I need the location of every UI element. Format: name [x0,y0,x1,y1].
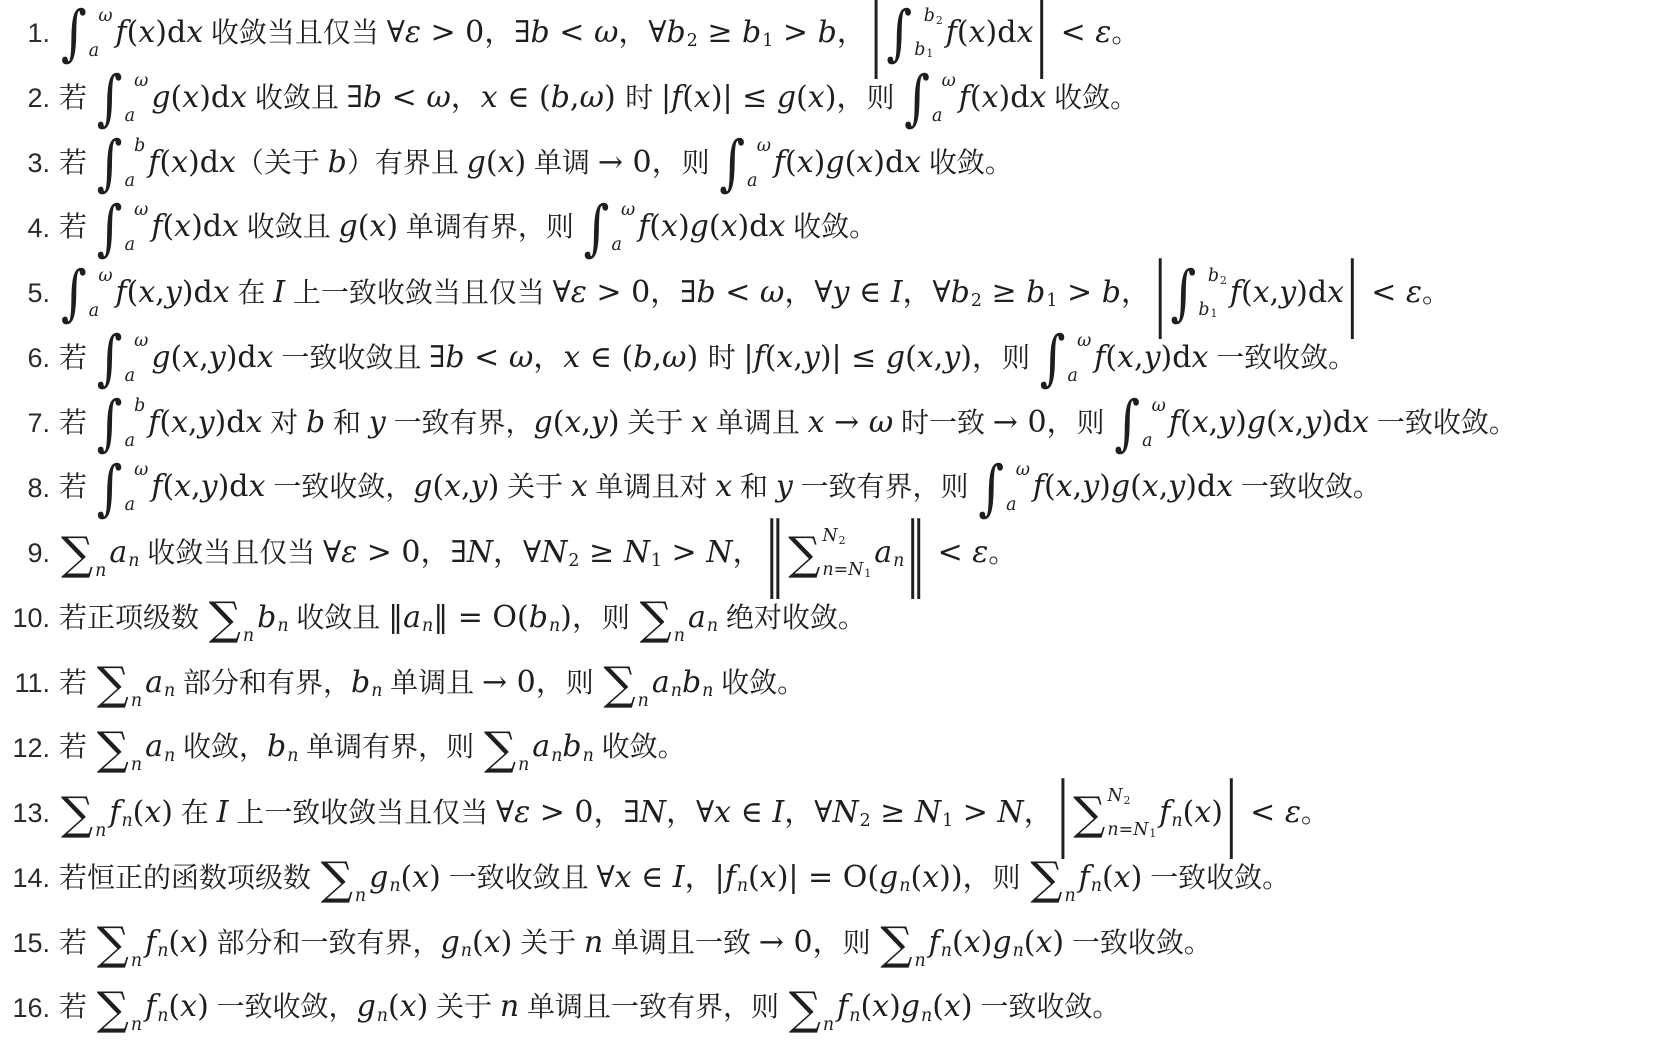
text-run: 若恒正的函数项级数 [59,862,319,893]
math-run: x [1029,80,1046,115]
math-run: f(x) [946,15,997,50]
math-run: f(x)g(x) [774,145,885,180]
text-run: 单调有界，则 [298,732,482,763]
math-run: → 0， [993,405,1077,440]
math-run: ‖ = [433,600,492,635]
subscript: n [702,681,713,701]
subscript: 2 [860,811,871,831]
roman-symbol: d [203,210,222,245]
math-run: < ε [1362,275,1422,310]
roman-symbol: d [200,145,219,180]
text-run: 则 [993,862,1029,893]
math-run: N [832,795,858,830]
math-run: N [541,535,567,570]
list-item-15: 15.若 ∑nfn(x) 部分和一致有界，gn(x) 关于 n 单调且一致 → … [0,911,1662,976]
math-run: ω [134,331,148,351]
math-run: ‖ [388,600,403,635]
subscript: n [287,746,298,766]
math-run: n [549,616,560,636]
text-run: 单调有界，则 [398,212,582,243]
text-run: 若正项级数 [59,602,207,633]
subscript: 2 [1220,274,1227,287]
math-run: y [776,470,793,505]
text-run: 在 [173,797,217,828]
subscript: 2 [687,31,698,51]
math-run: ∀ε > 0，∃N，∀ [323,535,541,570]
math-run: I [273,275,285,310]
math-run: ∃b < ω，x ∈ (b,ω) [429,340,708,375]
math-run: x [768,210,785,245]
math-run: (x) [168,925,208,960]
item-number: 5. [0,278,50,309]
math-run: x [571,470,588,505]
math-run: f(x,y) [1230,275,1308,310]
math-run: ≥ [579,535,623,570]
subscript: 2 [971,291,982,311]
math-run: n [277,616,288,636]
text-run: 收敛且 [247,82,347,113]
sigma-sign: ∑ [1030,856,1062,901]
subscript: 1 [864,567,871,580]
abs-delimiters: |∫b2b1f(x)dx| [868,8,1050,60]
math-run: > b， [773,15,866,50]
math-run: ∀x ∈ I， [596,860,714,895]
math-run: ∀ε > 0，∃b < ω，∀y ∈ I，∀ [553,275,951,310]
sigma-sign: ∑ [321,856,353,901]
math-run: f [837,990,848,1025]
text-run: 上一致收敛当且仅当 [285,277,553,308]
summation: ∑n [61,788,106,840]
math-run: g(x) [339,210,399,245]
integral: ∫ba [97,138,146,190]
summation: ∑n [789,982,834,1034]
math-run: n [422,616,433,636]
math-run: f [1159,795,1170,830]
text-run: 则 [866,82,902,113]
list-item-6: 6.若 ∫ωag(x,y)dx 一致收敛且 ∃b < ω，x ∈ (b,ω) 时… [0,326,1662,391]
math-run: 1 [1149,827,1156,840]
item-formula: 若 ∫baf(x,y)dx 对 b 和 y 一致有界，g(x,y) 关于 x 单… [59,397,1517,450]
text-run: 则 [1002,342,1038,373]
item-number: 7. [0,408,50,439]
math-run: n [157,941,168,961]
math-run: a [89,301,99,321]
roman-symbol: d [1197,470,1216,505]
math-run: n [823,1015,834,1035]
math-run: 1 [942,811,953,831]
sigma-sign: ∑ [640,596,672,641]
math-run: ω [134,71,148,91]
integral-sign: ∫ [1171,264,1197,324]
list-item-10: 10.若正项级数 ∑nbn 收敛且 ‖an‖ = O(bn)，则 ∑nan 绝对… [0,586,1662,651]
math-run: N [848,560,863,580]
left-delimiter: | [1154,254,1167,335]
text-run: 则 [843,927,879,958]
math-run: 2 [860,811,871,831]
math-run: 1 [1210,307,1217,320]
sigma-sign: ∑ [97,726,129,771]
math-run: g(x) [151,80,211,115]
left-delimiter: | [870,0,883,74]
integral: ∫ωa [719,138,771,190]
integral-sign: ∫ [97,69,123,129]
math-run: n [157,1006,168,1026]
subscript: n [157,941,168,961]
math-run: g [901,990,920,1025]
math-run: 1 [651,551,662,571]
math-run: n [500,990,519,1025]
subscript: 2 [839,534,846,547]
math-run: b [1208,266,1219,286]
math-run: ≥ [982,275,1026,310]
math-run: x [1352,405,1369,440]
text-run: 则 [682,147,718,178]
text-run: 。 [1111,17,1139,48]
math-run: (x) [860,990,900,1025]
math-run: → 0， [482,665,566,700]
integral-sign: ∫ [61,264,87,324]
math-run: a [747,171,757,191]
integral-sign: ∫ [97,458,123,518]
math-run: I [217,795,229,830]
math-run: n [131,691,142,711]
math-run: a [652,665,670,700]
math-run: N [624,535,650,570]
left-delimiter: | [1057,774,1070,855]
math-run: b [257,600,276,635]
math-run: n [702,681,713,701]
item-number: 13. [0,798,50,829]
math-run: f(x,y) [116,275,194,310]
text-run: （关于 [236,147,328,178]
abs-delimiters: |∫b2b1f(x,y)dx| [1152,268,1361,320]
text-run: 对 [262,407,306,438]
item-number: 14. [0,863,50,894]
text-run: 收敛。 [594,732,686,763]
math-run: a [125,495,135,515]
roman-symbol: d [211,80,230,115]
subscript: 1 [1046,291,1057,311]
math-run: g(x,y) [533,405,619,440]
summation: ∑n [484,722,529,774]
integral-sign: ∫ [978,458,1004,518]
subscript: n [737,876,748,896]
math-run: ω [98,266,112,286]
math-run: (x) [1024,925,1064,960]
math-run: f(x) [151,210,202,245]
subscript: n [377,1006,388,1026]
integral-sign: ∫ [1040,329,1066,389]
subscript: n [671,681,682,701]
math-run: b [267,730,286,765]
text-run: 若 [59,992,95,1023]
roman-symbol: d [167,15,186,50]
math-run: ω [1077,331,1091,351]
text-run: 在 [230,277,274,308]
list-item-13: 13.∑nfn(x) 在 I 上一致收敛当且仅当 ∀ε > 0，∃N，∀x ∈ … [0,781,1662,846]
text-run: 收敛。 [1046,82,1138,113]
integral: ∫ωa [978,462,1030,514]
math-run: n [518,755,529,775]
integral: ∫ωa [61,268,113,320]
item-formula: 若 ∫ωaf(x,y)dx 一致收敛，g(x,y) 关于 x 单调且对 x 和 … [59,462,1381,514]
math-run: f(x,y) [148,405,226,440]
sigma-sign: ∑ [61,791,93,836]
text-run: 一致有界，则 [793,472,977,503]
subscript: n [707,616,718,636]
math-run: n [893,551,904,571]
list-item-9: 9.∑nan 收敛当且仅当 ∀ε > 0，∃N，∀N2 ≥ N1 > N，‖∑N… [0,521,1662,586]
math-run: N [822,526,837,546]
text-run: 收敛当且仅当 [139,537,323,568]
math-run: a [125,431,135,451]
math-run: b [529,600,548,635]
text-run: 收敛。 [921,147,1013,178]
sigma-sign: ∑ [97,986,129,1031]
math-run: N [915,795,941,830]
math-run: y [369,405,386,440]
math-run: < ε [1241,795,1301,830]
item-number: 16. [0,993,50,1024]
text-run: 一致收敛且 [274,342,430,373]
math-run: (x) [401,860,441,895]
math-run: N [1107,786,1122,806]
math-run: a [145,730,163,765]
right-delimiter: ‖ [906,514,925,595]
item-number: 10. [0,603,50,634]
summation: ∑n [1030,853,1075,905]
math-run: (x) [1102,860,1142,895]
math-run: 2 [568,551,579,571]
math-run: n [583,746,594,766]
math-run: a [932,106,942,126]
roman-symbol: d [885,145,904,180]
text-run: 关于 [428,992,500,1023]
math-run: g(x,y) [151,340,237,375]
math-run: x [230,80,247,115]
math-run: ( [517,600,529,635]
text-run: 时一致 [893,407,993,438]
math-run: b [1026,275,1045,310]
math-run: f [145,925,156,960]
math-run: a [125,235,135,255]
item-number: 6. [0,343,50,374]
math-run: n [1013,941,1024,961]
integral: ∫ωa [1040,333,1092,385]
text-run: 收敛， [175,732,267,763]
subscript: n [921,1006,932,1026]
math-run: a [125,366,135,386]
text-run: 一致收敛。 [973,992,1121,1023]
right-delimiter: | [1035,0,1048,74]
math-run: n [461,941,472,961]
integral: ∫b2b1 [886,8,942,60]
text-run: 单调且对 [588,472,716,503]
subscript: 2 [568,551,579,571]
summation: ∑n [97,918,142,970]
subscript: 1 [1149,827,1156,840]
sigma-sign: ∑ [880,921,912,966]
text-run: 收敛。 [785,212,877,243]
item-formula: 若 ∫ωaf(x)dx 收敛且 g(x) 单调有界，则 ∫ωaf(x)g(x)d… [59,202,877,254]
math-run: n [941,941,952,961]
math-run: b [914,40,925,60]
sigma-sign: ∑ [788,531,820,576]
item-formula: 若 ∫ωag(x)dx 收敛且 ∃b < ω，x ∈ (b,ω) 时 |f(x)… [59,72,1138,125]
text-run: 和 [325,407,369,438]
math-run: n [131,951,142,971]
subscript: n [157,1006,168,1026]
math-run: x [222,210,239,245]
math-run: b [306,405,325,440]
text-run: 一致收敛。 [1369,407,1517,438]
math-run: g [357,990,376,1025]
math-run: f(x) [116,15,167,50]
math-run: n [243,626,254,646]
math-run: x [1216,470,1233,505]
math-run: n [584,925,603,960]
text-run: 则 [1077,407,1113,438]
math-run: f(x,y) [151,470,229,505]
integral: ∫b2b1 [1171,268,1227,320]
roman-symbol: d [997,15,1016,50]
math-run: a [125,106,135,126]
delimited-expression: ∑N2n=N1fn(x) [1071,788,1223,840]
roman-symbol: d [1010,80,1029,115]
text-run: 一致收敛。 [1233,472,1381,503]
subscript: n [899,876,910,896]
math-run: x [186,15,203,50]
item-number: 4. [0,213,50,244]
summation: ∑N2n=N1 [788,528,871,580]
list-item-8: 8.若 ∫ωaf(x,y)dx 一致收敛，g(x,y) 关于 x 单调且对 x … [0,456,1662,521]
text-run: 收敛且 [239,212,339,243]
math-run: (x))， [910,860,992,895]
subscript: n [164,681,175,701]
text-run: 若 [59,407,95,438]
math-run: n [707,616,718,636]
math-run: x [691,405,708,440]
math-run: n [899,876,910,896]
integral: ∫ωa [97,333,149,385]
subscript: n [164,746,175,766]
subscript: 1 [926,47,933,60]
math-run: n [737,876,748,896]
math-run: a [403,600,421,635]
math-run: g(x) [467,145,527,180]
abs-delimiters: |∑N2n=N1fn(x)| [1055,788,1240,840]
math-run: f(x) [959,80,1010,115]
roman-symbol: O [843,860,868,895]
text-run: 一致有界， [386,407,534,438]
text-run: 若 [59,342,95,373]
math-run: n [921,1006,932,1026]
math-run: a [109,535,127,570]
math-run: n [164,746,175,766]
item-formula: ∫ωaf(x)dx 收敛当且仅当 ∀ε > 0，∃b < ω，∀b2 ≥ b1 … [59,7,1139,60]
math-run: ω [1016,460,1030,480]
math-run: n [131,755,142,775]
item-number: 2. [0,83,50,114]
math-run: b [924,6,935,26]
text-run: 一致收敛且 [441,862,597,893]
text-run: 单调且 [382,667,482,698]
text-run: 上一致收敛当且仅当 [228,797,496,828]
math-run: b [562,730,581,765]
math-run: n [131,1015,142,1035]
text-run: 一致收敛， [209,992,357,1023]
roman-symbol: d [226,405,245,440]
math-run: x [1191,340,1208,375]
math-run: (x) [472,925,512,960]
theorem-list: 1.∫ωaf(x)dx 收敛当且仅当 ∀ε > 0，∃b < ω，∀b2 ≥ b… [0,1,1662,1041]
text-run: 收敛当且仅当 [203,17,387,48]
subscript: 2 [1124,794,1131,807]
roman-symbol: d [194,275,213,310]
text-run: 。 [1422,277,1450,308]
math-run: (x) [932,990,972,1025]
math-run: (x) [388,990,428,1025]
subscript: n [121,811,132,831]
math-run: x → ω [808,405,894,440]
math-run: a [89,41,99,61]
sigma-sign: ∑ [604,661,636,706]
list-item-14: 14.若恒正的函数项级数 ∑ngn(x) 一致收敛且 ∀x ∈ I，|fn(x)… [0,846,1662,911]
integral-sign: ∫ [886,4,912,64]
math-run: 2 [839,534,846,547]
integral-sign: ∫ [97,134,123,194]
math-run: | [715,860,725,895]
summation: ∑N2n=N1 [1073,788,1156,840]
list-item-2: 2.若 ∫ωag(x)dx 收敛且 ∃b < ω，x ∈ (b,ω) 时 |f(… [0,66,1662,131]
math-run: 2 [1124,794,1131,807]
math-run: (x) [1183,795,1223,830]
item-formula: 若 ∫baf(x)dx（关于 b）有界且 g(x) 单调 → 0，则 ∫ωaf(… [59,137,1013,190]
text-run: 一致收敛， [265,472,413,503]
math-run: n [1171,811,1182,831]
math-run: 1 [762,31,773,51]
item-formula: 若 ∑nfn(x) 部分和一致有界，gn(x) 关于 n 单调且一致 → 0，则… [59,917,1212,970]
math-run: N [1133,820,1148,840]
math-run: > N， [662,535,762,570]
math-run: ∃b < ω，x ∈ (b,ω) [347,80,626,115]
math-run: a [1068,366,1078,386]
math-run: n [371,681,382,701]
math-run: n [128,551,139,571]
sigma-sign: ∑ [61,531,93,576]
list-item-12: 12.若 ∑nan 收敛，bn 单调有界，则 ∑nanbn 收敛。 [0,716,1662,781]
summation: ∑n [97,722,142,774]
subscript: n [549,616,560,636]
math-run: a [611,235,621,255]
text-run: 和 [732,472,776,503]
list-item-4: 4.若 ∫ωaf(x)dx 收敛且 g(x) 单调有界，则 ∫ωaf(x)g(x… [0,196,1662,261]
integral-sign: ∫ [584,198,610,258]
integral-sign: ∫ [97,329,123,389]
subscript: 1 [1210,307,1217,320]
math-run: b [328,145,347,180]
item-formula: 若恒正的函数项级数 ∑ngn(x) 一致收敛且 ∀x ∈ I，|fn(x)| =… [59,852,1290,905]
delimited-expression: ∫b2b1f(x,y)dx [1169,268,1344,320]
math-run: > b， [1057,275,1150,310]
math-run: ≥ [871,795,915,830]
math-run: g [441,925,460,960]
text-run: 若 [59,667,95,698]
math-run: x [1016,15,1033,50]
text-run: 关于 [620,407,692,438]
list-item-1: 1.∫ωaf(x)dx 收敛当且仅当 ∀ε > 0，∃b < ω，∀b2 ≥ b… [0,1,1662,66]
math-run: a [145,665,163,700]
